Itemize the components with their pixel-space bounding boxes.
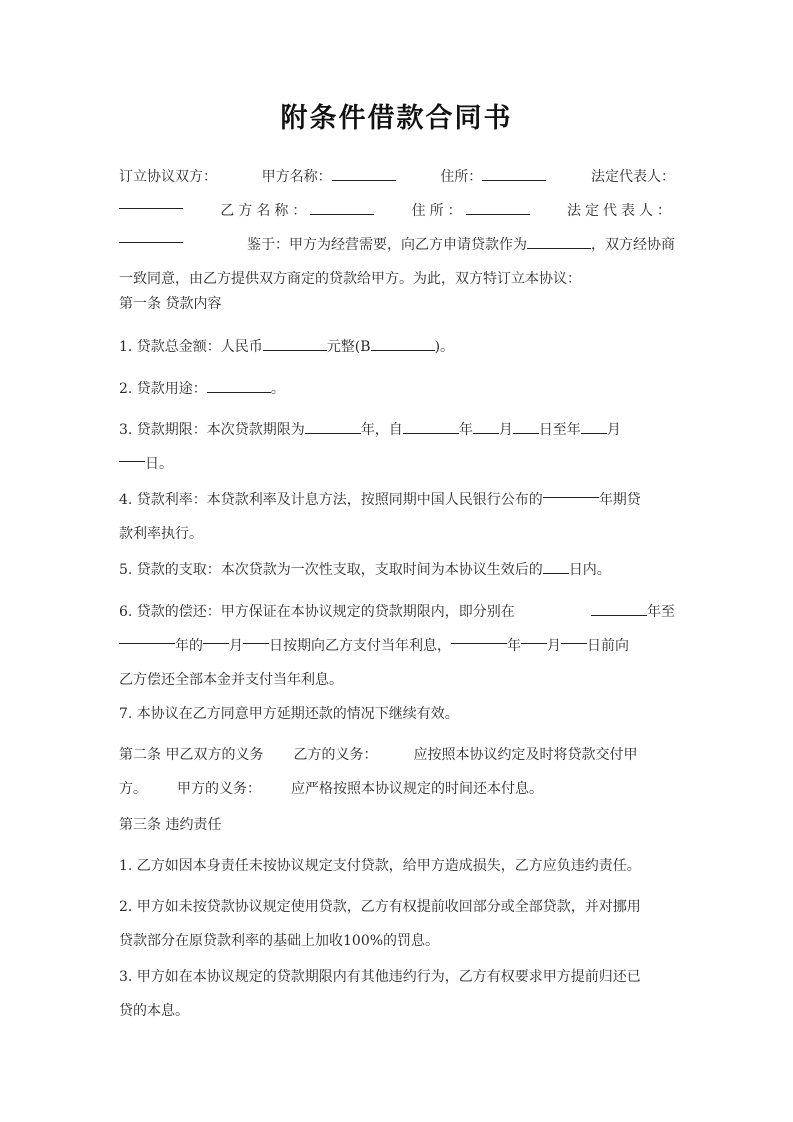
repay-end-year-blank[interactable] bbox=[119, 629, 175, 644]
item6-text: 6. 贷款的偿还：甲方保证在本协议规定的贷款期限内，即分别在 bbox=[119, 595, 515, 629]
item1-text-b: 元整(B bbox=[327, 339, 371, 355]
item4-text-b: 年期贷 bbox=[599, 483, 641, 517]
document-title: 附条件借款合同书 bbox=[0, 96, 793, 135]
item4-text-c: 款利率执行。 bbox=[119, 517, 675, 551]
article2-heading: 第二条 甲乙双方的义务 bbox=[119, 738, 263, 772]
interest-month-blank[interactable] bbox=[203, 629, 229, 644]
item6-before: 日前向 bbox=[587, 629, 629, 663]
end-day-blank[interactable] bbox=[119, 447, 145, 462]
item6-year: 年 bbox=[507, 629, 521, 663]
repay-start-year-blank[interactable] bbox=[591, 601, 647, 616]
item5-end: 日内。 bbox=[569, 562, 611, 578]
article1-item6: 6. 贷款的偿还：甲方保证在本协议规定的贷款期限内，即分别在年至 年的月日按期向… bbox=[119, 595, 675, 697]
loan-use-blank[interactable] bbox=[207, 378, 271, 393]
item3-to: 日至年 bbox=[539, 422, 581, 438]
article3-item1: 1. 乙方如因本身责任未按协议规定支付贷款，给甲方造成损失，乙方应负违约责任。 bbox=[119, 849, 675, 883]
item3-text: 3. 贷款期限：本次贷款期限为 bbox=[119, 422, 305, 438]
party-a-duty-label: 甲方的义务： bbox=[177, 772, 261, 806]
item6-of: 年的 bbox=[175, 629, 203, 663]
start-year-blank[interactable] bbox=[403, 419, 459, 434]
start-month-blank[interactable] bbox=[473, 419, 499, 434]
article1-item3: 3. 贷款期限：本次贷款期限为年，自年月日至年月 日。 bbox=[119, 413, 675, 481]
item3-day: 日。 bbox=[145, 447, 173, 481]
item6-to: 年至 bbox=[647, 604, 675, 620]
amount-uppercase-blank[interactable] bbox=[371, 336, 435, 351]
start-day-blank[interactable] bbox=[513, 419, 539, 434]
article2-cont: 方。 bbox=[119, 772, 147, 806]
party-a-name-label: 甲方名称： bbox=[262, 169, 332, 185]
item2-text: 2. 贷款用途： bbox=[119, 381, 207, 397]
principal-year-blank[interactable] bbox=[451, 629, 507, 644]
amount-rmb-blank[interactable] bbox=[263, 336, 327, 351]
article1-item2: 2. 贷款用途：。 bbox=[119, 372, 675, 406]
article3-item3-line1: 3. 甲方如在本协议规定的贷款期限内有其他违约行为，乙方有权要求甲方提前归还已 bbox=[119, 960, 675, 994]
interest-day-blank[interactable] bbox=[243, 629, 269, 644]
item6-text-b: 日按期向乙方支付当年利息， bbox=[269, 629, 451, 663]
article2: 第二条 甲乙双方的义务乙方的义务：应按照本协议约定及时将贷款交付甲 方。甲方的义… bbox=[119, 738, 675, 806]
item4-text: 4. 贷款利率：本贷款利率及计息方法，按照同期中国人民银行公布的 bbox=[119, 483, 543, 517]
item3-year: 年 bbox=[459, 422, 473, 438]
party-b-address-blank[interactable] bbox=[466, 200, 530, 215]
party-b-duty-text: 应按照本协议约定及时将贷款交付甲 bbox=[413, 738, 637, 772]
article1-item5: 5. 贷款的支取：本次贷款为一次性支取，支取时间为本协议生效后的日内。 bbox=[119, 553, 675, 587]
principal-day-blank[interactable] bbox=[561, 629, 587, 644]
whereas-text-cont: ，双方经协商 bbox=[591, 237, 675, 253]
article3-item3-line2: 贷的本息。 bbox=[119, 994, 675, 1028]
article3-heading: 第三条 违约责任 bbox=[119, 808, 675, 842]
article1-item4: 4. 贷款利率：本贷款利率及计息方法，按照同期中国人民银行公布的年期贷 款利率执… bbox=[119, 483, 675, 551]
document-page: 附条件借款合同书 订立协议双方： 甲方名称： 住所： 法定代表人： 乙方名称： … bbox=[0, 0, 793, 1122]
party-a-duty-text: 应严格按照本协议规定的时间还本付息。 bbox=[291, 772, 543, 806]
withdraw-days-blank[interactable] bbox=[543, 559, 569, 574]
item1-text: 1. 贷款总金额：人民币 bbox=[119, 339, 263, 355]
item6-end: 乙方偿还全部本金并支付当年利息。 bbox=[119, 663, 675, 697]
party-b-address-label: 住所： bbox=[412, 203, 466, 219]
party-b-rep-blank[interactable] bbox=[119, 228, 183, 243]
article1-item1: 1. 贷款总金额：人民币元整(B)。 bbox=[119, 330, 675, 364]
party-b-name-label: 乙方名称： bbox=[220, 203, 310, 219]
party-b-rep-label: 法定代表人： bbox=[567, 194, 675, 228]
article3-item3: 3. 甲方如在本协议规定的贷款期限内有其他违约行为，乙方有权要求甲方提前归还已 … bbox=[119, 960, 675, 1028]
party-a-rep-label: 法定代表人： bbox=[591, 160, 675, 194]
item3-text-b: 年，自 bbox=[361, 422, 403, 438]
party-a-rep-blank[interactable] bbox=[119, 194, 183, 209]
item6-month2: 月 bbox=[547, 629, 561, 663]
preamble-parties-label: 订立协议双方： bbox=[119, 160, 217, 194]
party-a-address-blank[interactable] bbox=[482, 166, 546, 181]
item1-text-c: )。 bbox=[435, 339, 454, 355]
loan-purpose-blank[interactable] bbox=[527, 234, 591, 249]
item3-month: 月 bbox=[499, 422, 513, 438]
whereas-text: 鉴于：甲方为经营需要，向乙方申请贷款作为 bbox=[247, 237, 527, 253]
article1-item7: 7. 本协议在乙方同意甲方延期还款的情况下继续有效。 bbox=[119, 697, 675, 731]
article3-item2-line1: 2. 甲方如未按贷款协议规定使用贷款，乙方有权提前收回部分或全部贷款，并对挪用 bbox=[119, 890, 675, 924]
item6-month: 月 bbox=[229, 629, 243, 663]
party-a-address-label: 住所： bbox=[440, 169, 482, 185]
term-years-blank[interactable] bbox=[305, 419, 361, 434]
party-b-duty-label: 乙方的义务： bbox=[293, 738, 377, 772]
article3-item2-line2: 贷款部分在原贷款利率的基础上加收100%的罚息。 bbox=[119, 924, 675, 958]
article3-item2: 2. 甲方如未按贷款协议规定使用贷款，乙方有权提前收回部分或全部贷款，并对挪用 … bbox=[119, 890, 675, 958]
item3-month2: 月 bbox=[607, 422, 621, 438]
item2-end: 。 bbox=[271, 381, 285, 397]
article1-heading: 第一条 贷款内容 bbox=[119, 287, 675, 321]
end-month-blank[interactable] bbox=[581, 419, 607, 434]
preamble: 订立协议双方： 甲方名称： 住所： 法定代表人： 乙方名称： 住所： 法定代表人… bbox=[119, 160, 675, 296]
principal-month-blank[interactable] bbox=[521, 629, 547, 644]
item5-text: 5. 贷款的支取：本次贷款为一次性支取，支取时间为本协议生效后的 bbox=[119, 562, 543, 578]
rate-term-blank[interactable] bbox=[543, 483, 599, 498]
party-b-name-blank[interactable] bbox=[310, 200, 374, 215]
party-a-name-blank[interactable] bbox=[332, 166, 396, 181]
